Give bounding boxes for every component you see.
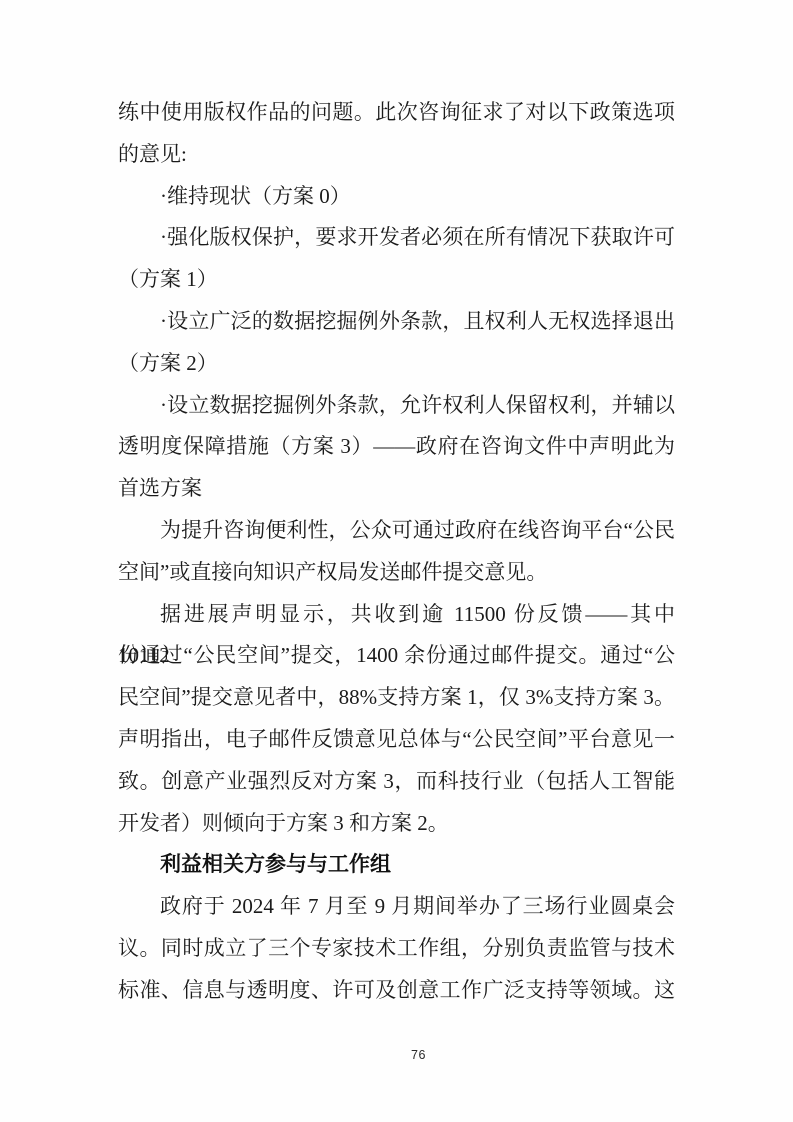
text-line: 练中使用版权作品的问题。此次咨询征求了对以下政策选项	[118, 92, 675, 134]
text-line: （方案 1）	[118, 259, 675, 301]
text-line: 为提升咨询便利性，公众可通过政府在线咨询平台“公民	[118, 510, 675, 552]
text-line: 空间”或直接向知识产权局发送邮件提交意见。	[118, 552, 675, 594]
text-line: 份通过“公民空间”提交，1400 余份通过邮件提交。通过“公	[118, 635, 675, 677]
text-line: （方案 2）	[118, 343, 675, 385]
text-line: 声明指出，电子邮件反馈意见总体与“公民空间”平台意见一	[118, 719, 675, 761]
text-line: 政府于 2024 年 7 月至 9 月期间举办了三场行业圆桌会	[118, 886, 675, 928]
text-line: 首选方案	[118, 468, 675, 510]
page-footer: 76	[22, 1046, 793, 1064]
text-line: 开发者）则倾向于方案 3 和方案 2。	[118, 803, 675, 845]
bullet-option-line: ·设立广泛的数据挖掘例外条款，且权利人无权选择退出	[118, 301, 675, 343]
page-number: 76	[411, 1048, 426, 1062]
text-line: 透明度保障措施（方案 3）——政府在咨询文件中声明此为	[118, 426, 675, 468]
bullet-option-line: ·设立数据挖掘例外条款，允许权利人保留权利，并辅以	[118, 385, 675, 427]
text-line: 民空间”提交意见者中，88%支持方案 1，仅 3%支持方案 3。	[118, 677, 675, 719]
bullet-option-line: ·维持现状（方案 0）	[118, 176, 675, 218]
bullet-option-line: ·强化版权保护，要求开发者必须在所有情况下获取许可	[118, 217, 675, 259]
text-line: 据进展声明显示，共收到逾 11500 份反馈——其中 10112	[118, 594, 675, 636]
text-block: 练中使用版权作品的问题。此次咨询征求了对以下政策选项 的意见: ·维持现状（方案…	[118, 92, 675, 1012]
text-line: 的意见:	[118, 134, 675, 176]
text-line: 标准、信息与透明度、许可及创意工作广泛支持等领域。这	[118, 970, 675, 1012]
section-heading: 利益相关方参与与工作组	[118, 844, 675, 886]
text-line: 致。创意产业强烈反对方案 3，而科技行业（包括人工智能	[118, 761, 675, 803]
document-page: 练中使用版权作品的问题。此次咨询征求了对以下政策选项 的意见: ·维持现状（方案…	[0, 0, 793, 1122]
text-line: 议。同时成立了三个专家技术工作组，分别负责监管与技术	[118, 928, 675, 970]
